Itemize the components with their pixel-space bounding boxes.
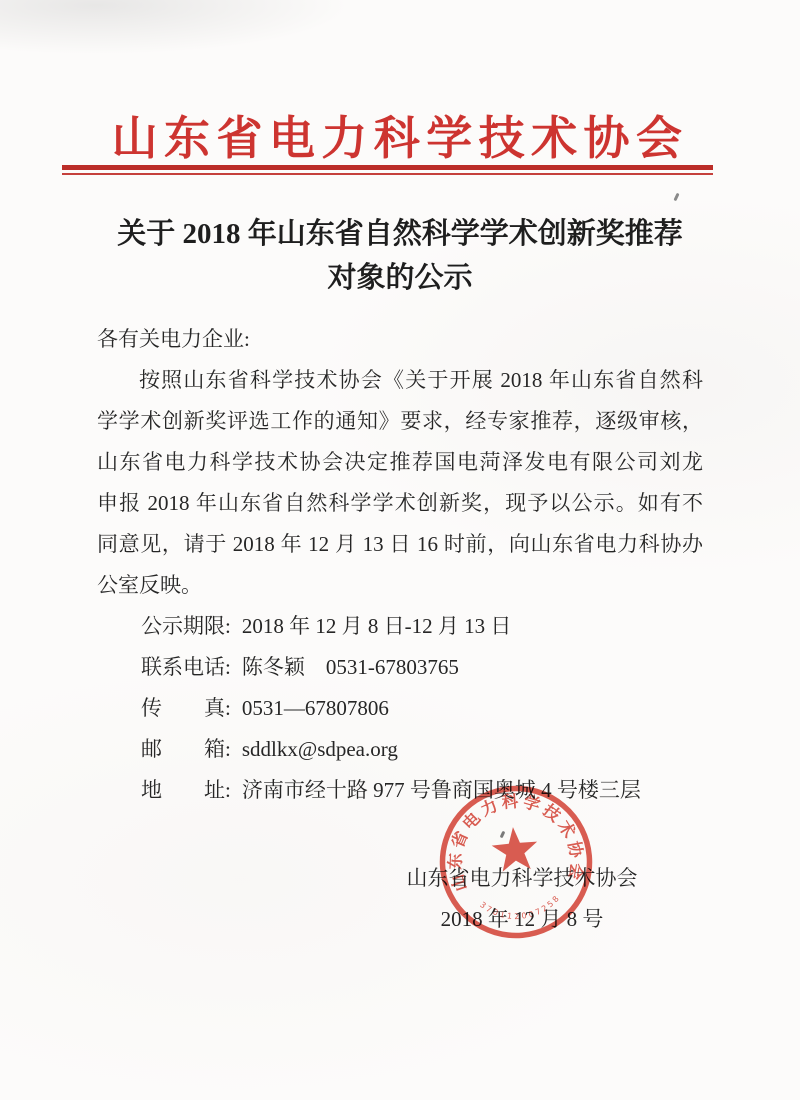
document-title-line2: 对象的公示 (0, 256, 800, 300)
contact-row-phone: 联系电话:陈冬颖 0531-67803765 (97, 647, 703, 688)
document-body: 各有关电力企业: 按照山东省科学技术协会《关于开展 2018 年山东省自然科 学… (97, 319, 703, 811)
contact-label-email: 邮 箱: (141, 737, 231, 761)
svg-text:370112007258: 370112007258 (477, 892, 564, 924)
paragraph-line-1: 按照山东省科学技术协会《关于开展 2018 年山东省自然科 (97, 360, 703, 401)
salutation: 各有关电力企业: (97, 319, 703, 360)
paragraph-line-4: 申报 2018 年山东省自然科学学术创新奖，现予以公示。如有不 (97, 483, 703, 524)
document-title: 关于 2018 年山东省自然科学学术创新奖推荐 对象的公示 (0, 212, 800, 300)
divider-thin-bar (62, 173, 713, 175)
official-seal: 山东省电力科学技术协会 370112007258 (428, 774, 604, 950)
divider-thick-bar (62, 165, 713, 170)
contact-value-fax: 0531—67807806 (242, 696, 389, 720)
paragraph-line-6: 公室反映。 (97, 565, 703, 606)
contact-value-email: sddlkx@sdpea.org (242, 737, 398, 761)
paragraph-line-2: 学学术创新奖评选工作的通知》要求，经专家推荐，逐级审核， (97, 401, 703, 442)
paragraph-line-5: 同意见，请于 2018 年 12 月 13 日 16 时前，向山东省电力科协办 (97, 524, 703, 565)
contact-row-fax: 传 真:0531—67807806 (97, 688, 703, 729)
contact-row-email: 邮 箱:sddlkx@sdpea.org (97, 729, 703, 770)
letterhead-divider (62, 165, 713, 175)
contact-row-address: 地 址:济南市经十路 977 号鲁商国奥城 4 号楼三层 (97, 770, 703, 811)
contact-label-fax: 传 真: (141, 696, 231, 720)
contact-value-phone: 陈冬颖 0531-67803765 (242, 655, 459, 679)
seal-star-icon (490, 825, 539, 872)
paragraph-line-3: 山东省电力科学技术协会决定推荐国电菏泽发电有限公司刘龙 (97, 442, 703, 483)
contact-label-phone: 联系电话: (141, 655, 231, 679)
contact-label-address: 地 址: (141, 778, 231, 802)
contact-value-period: 2018 年 12 月 8 日-12 月 13 日 (242, 614, 512, 638)
scanned-document-page: 山东省电力科学技术协会 关于 2018 年山东省自然科学学术创新奖推荐 对象的公… (0, 0, 800, 1100)
letterhead-org-name: 山东省电力科学技术协会 (0, 102, 800, 168)
contact-row-period: 公示期限:2018 年 12 月 8 日-12 月 13 日 (97, 606, 703, 647)
contact-label-period: 公示期限: (141, 614, 231, 638)
seal-serial-number: 370112007258 (477, 892, 564, 924)
document-title-line1: 关于 2018 年山东省自然科学学术创新奖推荐 (0, 212, 800, 256)
scan-artifact (673, 193, 679, 202)
